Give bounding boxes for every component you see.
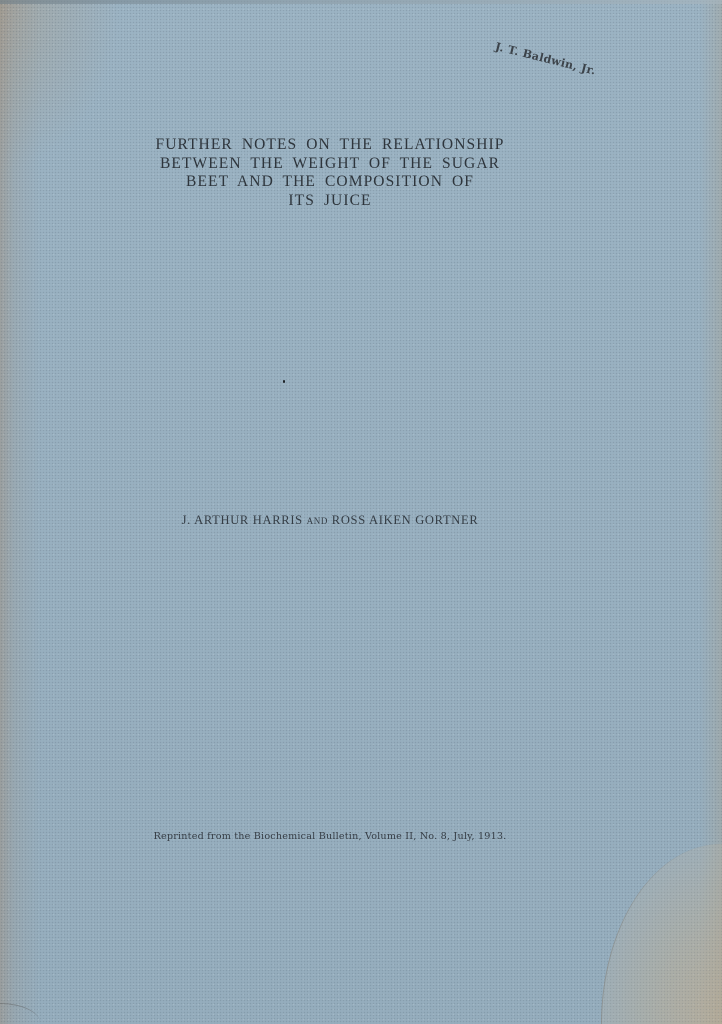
- document-title: FURTHER NOTES ON THE RELATIONSHIP BETWEE…: [100, 136, 560, 210]
- title-line: ITS JUICE: [100, 192, 560, 211]
- owner-stamp: J. T. Baldwin, Jr.: [494, 40, 597, 78]
- author-conjunction: AND: [307, 516, 328, 526]
- author-first: J. ARTHUR HARRIS: [182, 513, 303, 527]
- document-cover: J. T. Baldwin, Jr. FURTHER NOTES ON THE …: [0, 0, 722, 1024]
- corner-crease-bottom-left: [0, 1003, 40, 1024]
- corner-wear-bottom-right: [601, 844, 722, 1024]
- title-line: BEET AND THE COMPOSITION OF: [100, 173, 560, 192]
- reprint-notice: Reprinted from the Biochemical Bulletin,…: [100, 831, 560, 842]
- title-line: FURTHER NOTES ON THE RELATIONSHIP: [100, 136, 560, 155]
- page-top-edge: [0, 0, 722, 4]
- authors: J. ARTHUR HARRIS AND ROSS AIKEN GORTNER: [100, 513, 560, 528]
- title-line: BETWEEN THE WEIGHT OF THE SUGAR: [100, 155, 560, 174]
- author-second: ROSS AIKEN GORTNER: [332, 513, 479, 527]
- ink-speck: [283, 380, 285, 383]
